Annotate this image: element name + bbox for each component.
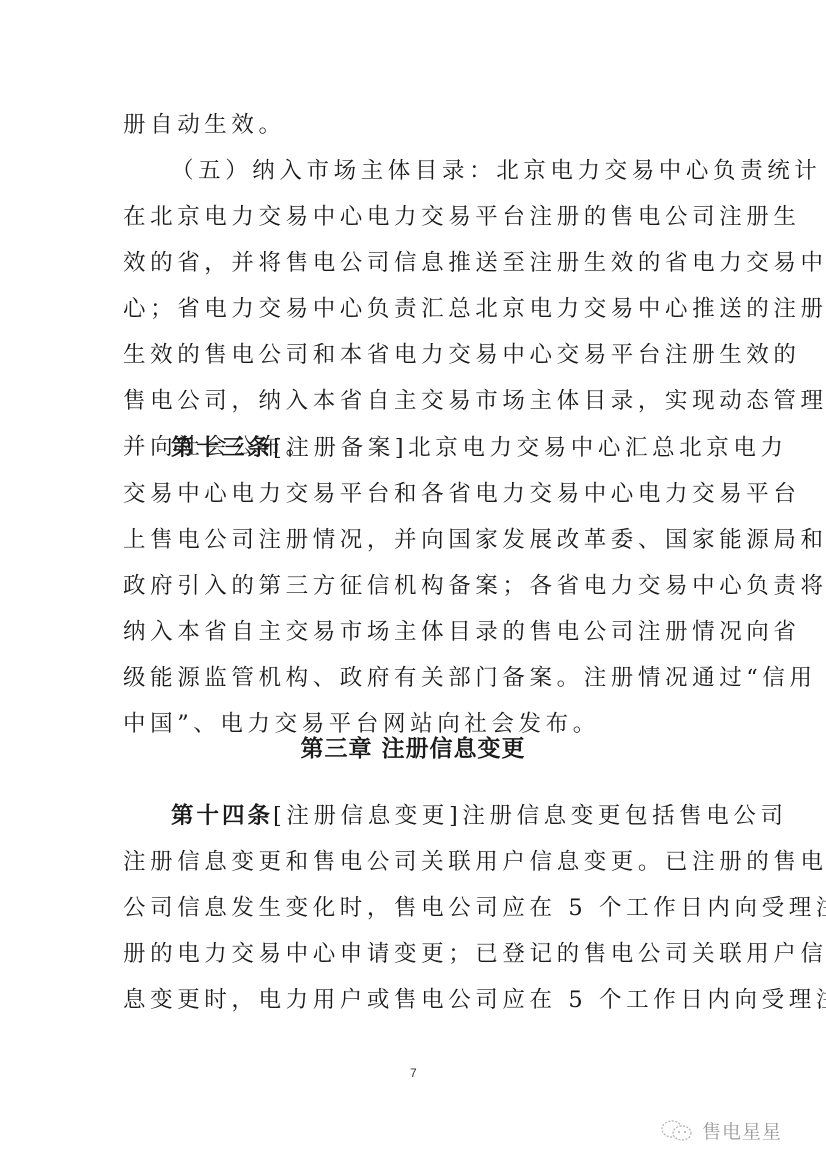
text-line: 注册信息变更和售电公司关联用户信息变更。已注册的售电 [123,839,703,885]
watermark: 售电星星 [660,1117,782,1144]
page-number: 7 [410,1066,417,1080]
text-line: 纳入本省自主交易市场主体目录的售电公司注册情况向省 [123,609,703,655]
text-line: 在北京电力交易中心电力交易平台注册的售电公司注册生 [123,194,703,240]
paragraph-article-13: 第十三条[注册备案]北京电力交易中心汇总北京电力 交易中心电力交易平台和各省电力… [123,425,703,747]
text-line: 级能源监管机构、政府有关部门备案。注册情况通过“信用 [123,655,703,701]
text-line: 售电公司，纳入本省自主交易市场主体目录，实现动态管理 [123,378,703,424]
text-line: 交易中心电力交易平台和各省电力交易中心电力交易平台 [123,471,703,517]
paragraph-item-5: （五）纳入市场主体目录：北京电力交易中心负责统计 在北京电力交易中心电力交易平台… [123,148,703,470]
wechat-icon [660,1118,694,1144]
paragraph-article-14: 第十四条[注册信息变更]注册信息变更包括售电公司 注册信息变更和售电公司关联用户… [123,793,703,1023]
article-title: 第十四条 [171,803,273,829]
text-line: 公司信息发生变化时，售电公司应在 5 个工作日内向受理注 [123,885,703,931]
text-line: 第十四条[注册信息变更]注册信息变更包括售电公司 [123,793,703,839]
text-line: 效的省，并将售电公司信息推送至注册生效的省电力交易中 [123,240,703,286]
text-line: （五）纳入市场主体目录：北京电力交易中心负责统计 [123,148,703,194]
paragraph-continuation: 册自动生效。 [123,102,703,148]
watermark-text: 售电星星 [702,1117,782,1144]
text-line: 册的电力交易中心申请变更；已登记的售电公司关联用户信 [123,931,703,977]
article-text: [注册信息变更]注册信息变更包括售电公司 [273,803,788,829]
text-line: 上售电公司注册情况，并向国家发展改革委、国家能源局和 [123,517,703,563]
text-line: 心；省电力交易中心负责汇总北京电力交易中心推送的注册 [123,286,703,332]
article-text: [注册备案]北京电力交易中心汇总北京电力 [273,435,788,461]
text-line: 册自动生效。 [123,102,703,148]
article-title: 第十三条 [171,435,273,461]
text-line: 政府引入的第三方征信机构备案；各省电力交易中心负责将 [123,563,703,609]
document-page: 册自动生效。 （五）纳入市场主体目录：北京电力交易中心负责统计 在北京电力交易中… [0,0,826,1169]
text-line: 第十三条[注册备案]北京电力交易中心汇总北京电力 [123,425,703,471]
text-line: 生效的售电公司和本省电力交易中心交易平台注册生效的 [123,332,703,378]
text-line: 息变更时，电力用户或售电公司应在 5 个工作日内向受理注 [123,977,703,1023]
chapter-heading: 第三章 注册信息变更 [0,730,826,763]
